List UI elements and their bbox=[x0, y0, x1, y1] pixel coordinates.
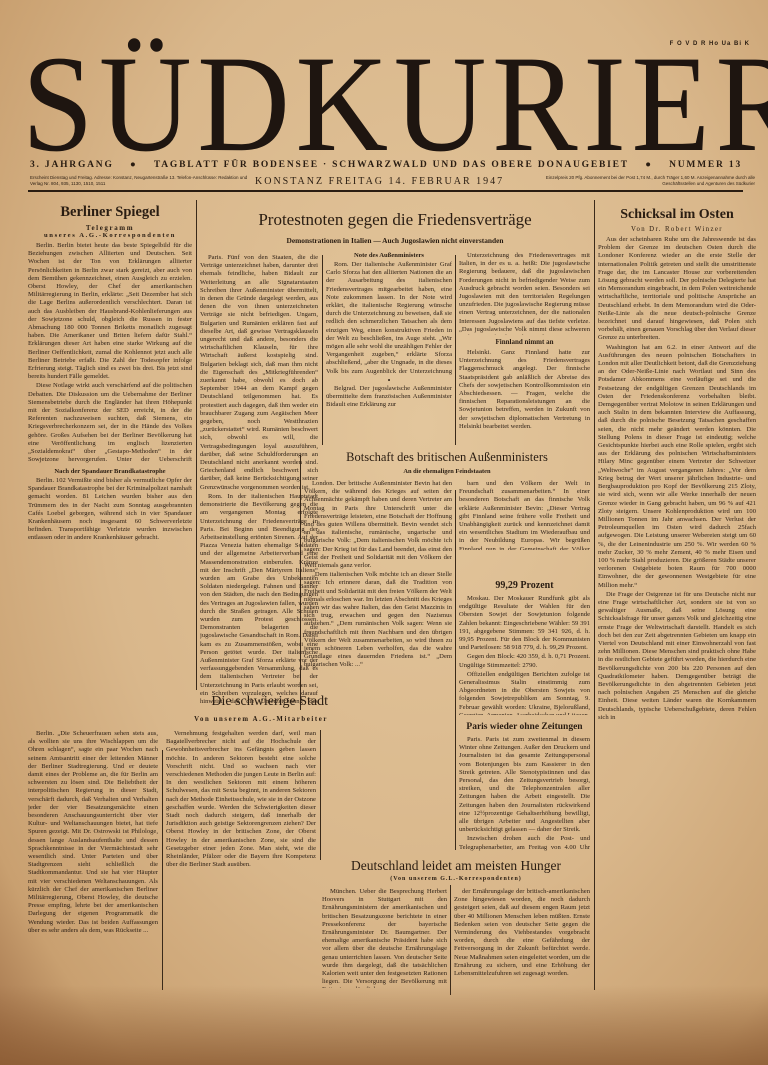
headline: Berliner Spiegel bbox=[28, 204, 192, 221]
article-body: Paris. Fünf von den Staaten, die die Ver… bbox=[200, 254, 318, 704]
newspaper-title: SÜDKURIER bbox=[22, 48, 701, 160]
headline: Botschaft des britischen Außenministers bbox=[304, 450, 590, 465]
article-body: Berlin. 102 Vermißte sind bisher als ver… bbox=[28, 477, 192, 557]
dateline: KONSTANZ FREITAG 14. FEBRUAR 1947 bbox=[255, 176, 504, 187]
subhead: Von unserem A.G.-Mitarbeiter bbox=[28, 716, 328, 723]
section-heading: Finnland nimmt an bbox=[459, 338, 590, 346]
column-divider bbox=[322, 255, 323, 445]
column-divider bbox=[450, 885, 451, 995]
subhead: Demonstrationen in Italien — Auch Jugosl… bbox=[200, 236, 590, 245]
article-body: Moskau. Der Moskauer Rundfunk gibt als e… bbox=[459, 595, 590, 715]
article-body: Helsinki. Ganz Finnland hatte zur Unterz… bbox=[459, 349, 590, 439]
masthead-divider bbox=[28, 190, 743, 192]
headline: Schicksal im Osten bbox=[598, 207, 756, 223]
headline: Paris wieder ohne Zeitungen bbox=[459, 722, 590, 732]
article-body: Vernehmung festgehalten werden darf, wei… bbox=[166, 730, 316, 985]
separator-dot-icon: • bbox=[326, 376, 452, 385]
bullet-icon: ● bbox=[645, 160, 653, 170]
section-heading: Nach der Spandauer Brandkatastrophe bbox=[28, 468, 192, 475]
column-divider bbox=[594, 200, 595, 990]
column-divider bbox=[196, 200, 197, 690]
volume-year: 3. JAHRGANG bbox=[30, 160, 114, 170]
column-divider bbox=[455, 255, 456, 445]
column-divider bbox=[162, 750, 163, 990]
tagline-text: TAGBLATT FÜR BODENSEE · SCHWARZWALD UND … bbox=[154, 160, 629, 170]
subhead: An die ehemaligen Feindstaaten bbox=[304, 468, 590, 475]
publisher-info: Erscheint Dienstag und Freitag. Adresse:… bbox=[30, 175, 250, 187]
byline: Von Dr. Robert Winzer bbox=[598, 226, 756, 233]
article-body: Berlin. „Die Scheuerfrauen sehen stets a… bbox=[28, 730, 158, 985]
article-body: München. Ueber die Besprechung Herbert H… bbox=[322, 888, 447, 988]
subhead: (Von unserem G.L.-Korrespondenten) bbox=[322, 876, 590, 882]
article-body: London. Der britische Außenminister Bevi… bbox=[304, 480, 452, 860]
article-body: Aus der scheinbaren Ruhe um die Jahreswe… bbox=[598, 236, 756, 991]
article-body: barn und den Völkern der Welt in Freunds… bbox=[459, 480, 590, 550]
bullet-icon: ● bbox=[130, 160, 138, 170]
article-column: Note des Außenministers Rom. Der italien… bbox=[326, 252, 452, 430]
subhead: unseres A.G.-Korrespondenten bbox=[28, 232, 192, 239]
article-body: Paris. Paris ist zum zweitenmal in diese… bbox=[459, 736, 590, 851]
price-info: Einzelpreis 20 Pfg. Abonnement bei der P… bbox=[535, 175, 755, 187]
headline: Deutschland leidet am meisten Hunger bbox=[322, 858, 590, 874]
masthead-tagline: 3. JAHRGANG ● TAGBLATT FÜR BODENSEE · SC… bbox=[30, 160, 742, 170]
article-column: Unterzeichnung des Friedensvertrages mit… bbox=[459, 252, 590, 439]
section-heading: Note des Außenministers bbox=[326, 252, 452, 259]
article-body: Belgrad. Der jugoslawische Außenminister… bbox=[326, 385, 452, 430]
page-edge-shadow bbox=[0, 985, 768, 1065]
article-schicksal-im-osten: Schicksal im Osten Von Dr. Robert Winzer… bbox=[598, 207, 756, 991]
column-divider bbox=[455, 490, 456, 850]
article-body: der Ernährungslage der britisch-amerikan… bbox=[454, 888, 590, 988]
article-body: Berlin. Berlin bietet heute das beste Sp… bbox=[28, 242, 192, 464]
issue-number: NUMMER 13 bbox=[669, 160, 742, 170]
subhead: Telegramm bbox=[28, 224, 192, 232]
article-body: Rom. Der italienische Außenminister Graf… bbox=[326, 261, 452, 376]
article-body: Unterzeichnung des Friedensvertrages mit… bbox=[459, 252, 590, 335]
headline: Die schwierige Stadt bbox=[28, 694, 328, 710]
article-berliner-spiegel: Berliner Spiegel Telegramm unseres A.G.-… bbox=[28, 204, 192, 557]
headline: Protestnoten gegen die Friedensverträge bbox=[200, 210, 590, 230]
headline: 99,29 Prozent bbox=[459, 580, 590, 591]
